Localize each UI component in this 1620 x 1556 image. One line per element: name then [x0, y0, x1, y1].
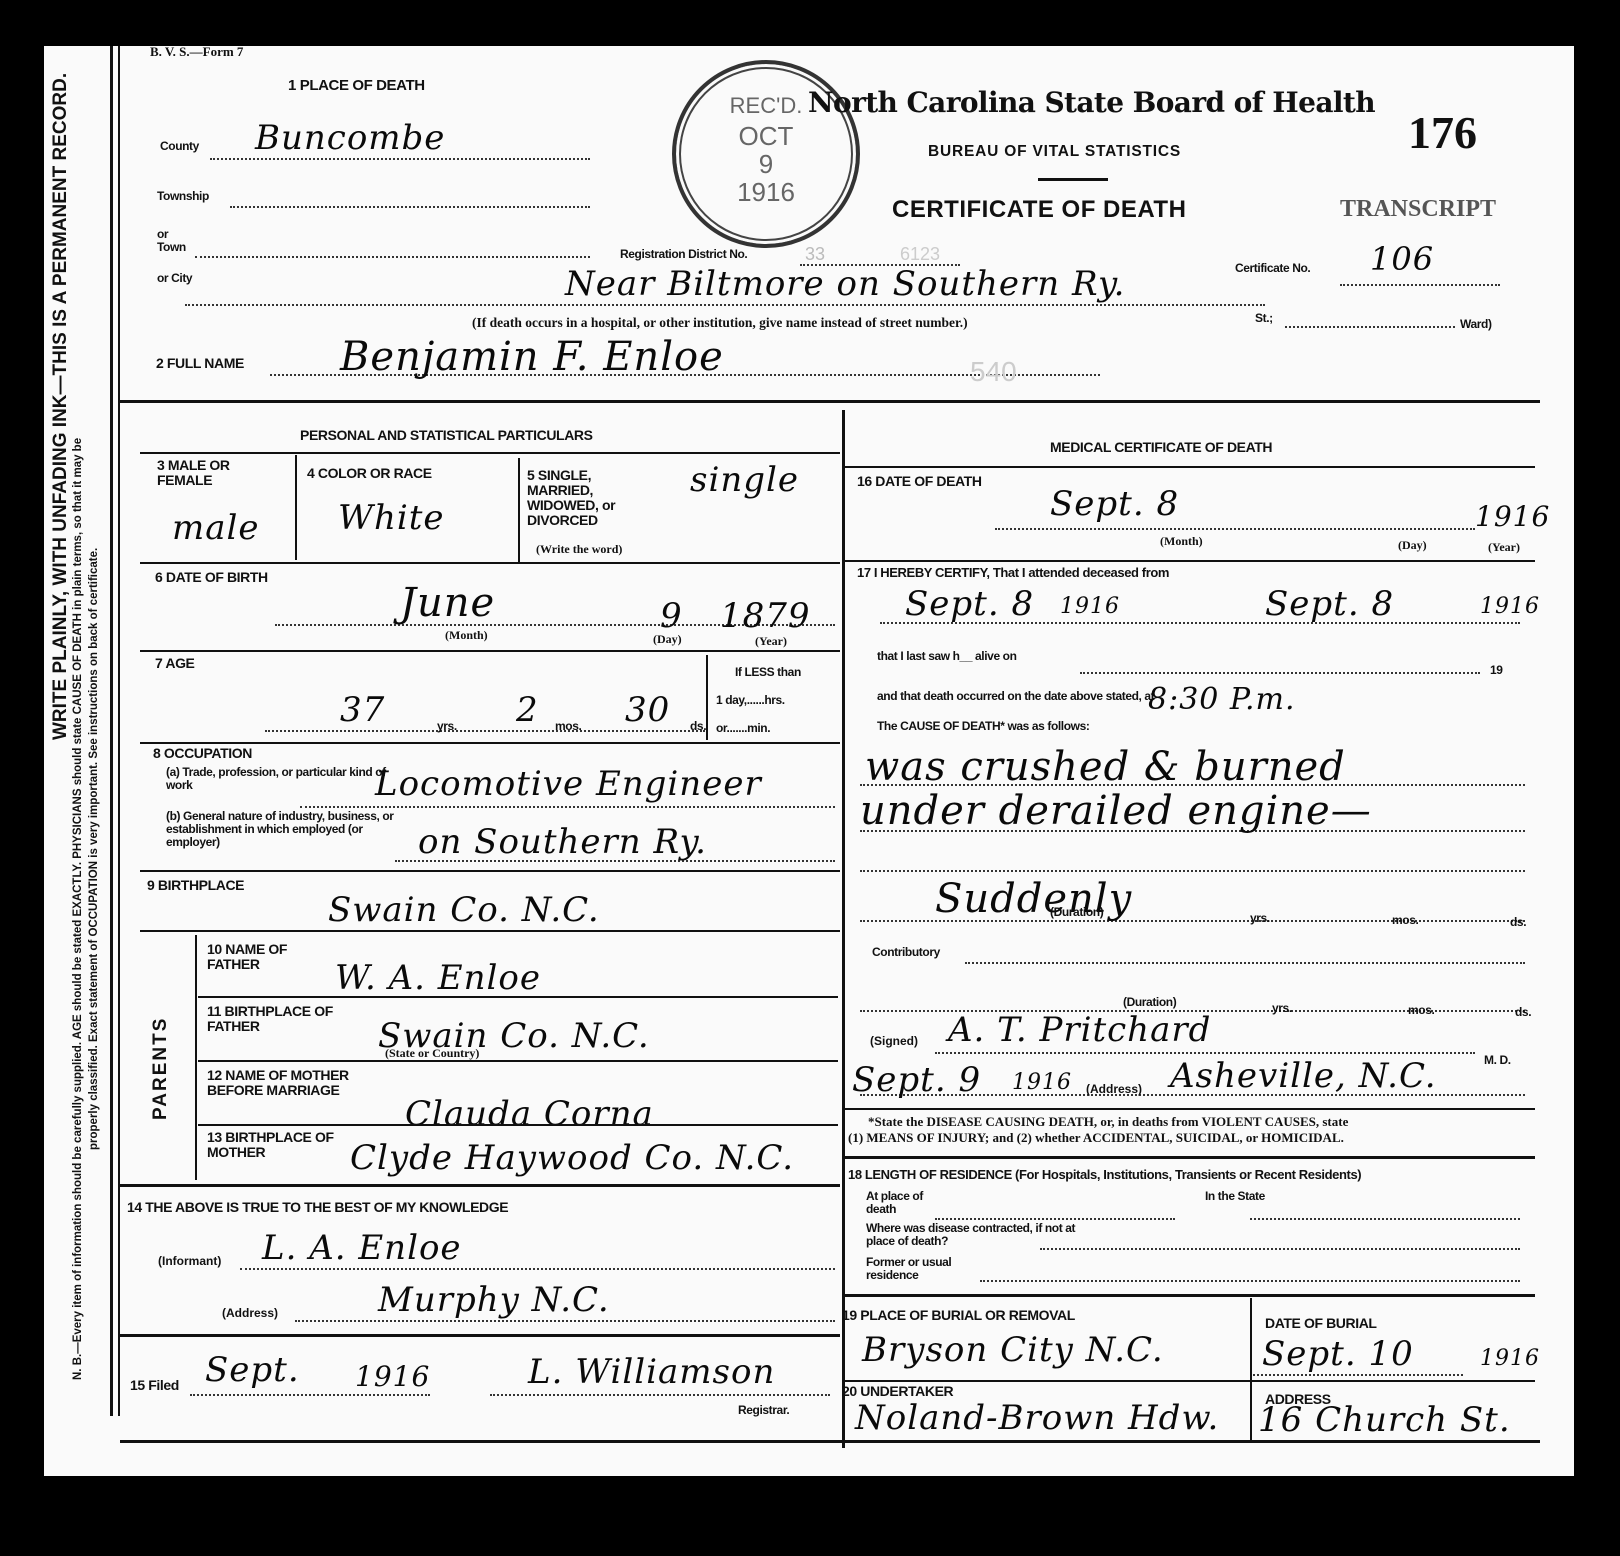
contributory-ds: ds. — [1515, 1006, 1531, 1019]
in-state-label: In the State — [1205, 1190, 1265, 1203]
dod-month-caption: (Month) — [1160, 534, 1203, 549]
attended-to: Sept. 8 — [1265, 584, 1394, 624]
city-value: Near Biltmore on Southern Ry. — [565, 264, 1125, 304]
md-label: M. D. — [1484, 1054, 1511, 1067]
burial-date-label: DATE OF BURIAL — [1265, 1316, 1377, 1331]
contributory-duration-label: (Duration) — [1123, 996, 1176, 1009]
mother-birthplace-value: Clyde Haywood Co. N.C. — [350, 1138, 794, 1178]
attended-to-year: 1916 — [1480, 594, 1540, 619]
duration-mos: mos. — [1392, 914, 1418, 927]
full-name-label: 2 FULL NAME — [156, 356, 244, 371]
ward-label: Ward) — [1460, 318, 1492, 331]
contributory-label: Contributory — [872, 946, 940, 959]
informant-heading: 14 THE ABOVE IS TRUE TO THE BEST OF MY K… — [127, 1200, 508, 1215]
age-label: 7 AGE — [155, 656, 195, 671]
occupation-a-label: (a) Trade, profession, or particular kin… — [166, 766, 396, 792]
full-name-annotation: 540 — [970, 356, 1017, 388]
duration-label: (Duration) — [1050, 906, 1103, 919]
race-value: White — [338, 498, 445, 538]
former-residence-label: Former or usual residence — [866, 1256, 976, 1282]
personal-heading: PERSONAL AND STATISTICAL PARTICULARS — [300, 428, 593, 443]
registration-label: Registration District No. — [620, 248, 747, 261]
state-country-caption: (State or Country) — [385, 1046, 479, 1061]
age-years: 37 — [340, 690, 385, 730]
age-days: 30 — [625, 690, 670, 730]
violent-causes-note-1: *State the DISEASE CAUSING DEATH, or, in… — [868, 1114, 1348, 1130]
birthplace-label: 9 BIRTHPLACE — [147, 878, 244, 893]
last-saw-label: that I last saw h__ alive on — [877, 650, 1017, 663]
signed-label: (Signed) — [870, 1034, 918, 1048]
burial-place-label: 19 PLACE OF BURIAL OR REMOVAL — [842, 1308, 1075, 1323]
filed-year: 1916 — [355, 1360, 430, 1393]
st-label: St.; — [1255, 312, 1273, 325]
registration-faint: 6123 — [900, 244, 940, 265]
signed-year: 1916 — [1012, 1070, 1072, 1095]
parents-label: PARENTS — [150, 1017, 172, 1120]
hospital-note: (If death occurs in a hospital, or other… — [472, 315, 968, 331]
occupation-a-value: Locomotive Engineer — [375, 764, 762, 804]
divider — [120, 400, 1540, 403]
permanent-record-note: WRITE PLAINLY, WITH UNFADING INK—THIS IS… — [50, 73, 72, 740]
cause-line-2: under derailed engine— — [860, 788, 1372, 834]
one-day-label: 1 day,......hrs. — [716, 694, 785, 707]
certificate-title: CERTIFICATE OF DEATH — [892, 196, 1186, 224]
full-name-value: Benjamin F. Enloe — [340, 334, 724, 380]
transcript-stamp: TRANSCRIPT — [1340, 196, 1496, 223]
race-label: 4 COLOR OR RACE — [307, 466, 432, 481]
registrar-label: Registrar. — [738, 1404, 789, 1417]
title-rule — [1038, 178, 1108, 181]
father-label: 10 NAME OF FATHER — [207, 942, 317, 972]
dob-month: June — [400, 580, 495, 626]
date-of-death-label: 16 DATE OF DEATH — [857, 474, 982, 489]
side-note-line1: N. B.—Every item of information should b… — [72, 438, 84, 1380]
time-of-death-value: 8:30 P.m. — [1148, 682, 1296, 717]
certificate-number: 106 — [1370, 240, 1434, 278]
town-label: or Town — [157, 228, 197, 254]
township-label: Township — [157, 190, 209, 203]
stamp-month: OCT — [676, 122, 856, 150]
last-saw-year: 19 — [1490, 664, 1503, 677]
month-caption: (Month) — [445, 628, 488, 643]
contributory-yrs: yrs. — [1272, 1002, 1292, 1015]
physician-signature: A. T. Pritchard — [948, 1010, 1211, 1050]
year-caption: (Year) — [755, 634, 787, 649]
father-birthplace-label: 11 BIRTHPLACE OF FATHER — [207, 1004, 342, 1034]
occupation-label: 8 OCCUPATION — [153, 746, 252, 761]
dob-year: 1879 — [720, 596, 811, 636]
form-id: B. V. S.—Form 7 — [150, 44, 243, 60]
burial-place-value: Bryson City N.C. — [862, 1330, 1164, 1370]
undertaker-address-value: 16 Church St. — [1258, 1400, 1511, 1440]
place-of-death-heading: 1 PLACE OF DEATH — [288, 78, 425, 93]
sex-value: male — [172, 508, 260, 548]
registrar-signature: L. Williamson — [528, 1352, 775, 1392]
scan-border — [1574, 46, 1620, 1556]
side-note-line2: properly classified. Exact statement of … — [88, 548, 100, 1150]
day-caption: (Day) — [653, 632, 682, 647]
where-contracted-label: Where was disease contracted, if not at … — [866, 1222, 1106, 1248]
duration-yrs: yrs. — [1250, 912, 1270, 925]
or-min-label: or.......min. — [716, 722, 770, 735]
city-label: or City — [157, 272, 197, 285]
mother-label: 12 NAME OF MOTHER BEFORE MARRIAGE — [207, 1068, 407, 1098]
cause-line-1: was crushed & burned — [865, 744, 1346, 790]
undertaker-label: 20 UNDERTAKER — [842, 1384, 953, 1399]
bottom-rule — [120, 1440, 1540, 1443]
mother-birthplace-label: 13 BIRTHPLACE OF MOTHER — [207, 1130, 342, 1160]
burial-year: 1916 — [1480, 1346, 1540, 1371]
left-border-inner — [118, 46, 120, 1416]
mos-label: mos. — [555, 720, 581, 733]
yrs-label: yrs. — [437, 720, 457, 733]
board-title: North Carolina State Board of Health — [808, 86, 1375, 119]
physician-address-label: (Address) — [1086, 1082, 1142, 1096]
date-of-death-value: Sept. 8 — [1050, 484, 1179, 524]
residence-heading: 18 LENGTH OF RESIDENCE (For Hospitals, I… — [848, 1168, 1361, 1181]
bureau-title: BUREAU OF VITAL STATISTICS — [928, 144, 1181, 159]
time-of-death-label: and that death occurred on the date abov… — [877, 690, 1154, 703]
ds-label: ds. — [690, 720, 706, 733]
undertaker-value: Noland-Brown Hdw. — [855, 1398, 1219, 1438]
marital-value: single — [690, 460, 799, 500]
left-border — [110, 46, 113, 1416]
age-months: 2 — [516, 690, 539, 730]
marital-label: 5 SINGLE, MARRIED, WIDOWED, or DIVORCED — [527, 468, 652, 528]
occupation-b-value: on Southern Ry. — [418, 822, 707, 862]
informant-value: L. A. Enloe — [262, 1228, 462, 1268]
stamp-day: 9 — [676, 150, 856, 178]
sex-label: 3 MALE OR FEMALE — [157, 458, 277, 488]
certificate-label: Certificate No. — [1235, 262, 1310, 275]
registration-number: 33 — [805, 244, 825, 265]
informant-label: (Informant) — [158, 1254, 221, 1268]
burial-date-value: Sept. 10 — [1262, 1334, 1414, 1374]
dob-label: 6 DATE OF BIRTH — [155, 570, 268, 585]
stamp-year: 1916 — [676, 178, 856, 206]
informant-address-value: Murphy N.C. — [378, 1280, 610, 1320]
father-value: W. A. Enloe — [335, 958, 541, 998]
duration-ds: ds. — [1510, 916, 1526, 929]
informant-address-label: (Address) — [222, 1306, 278, 1320]
filed-label: 15 Filed — [130, 1378, 179, 1393]
marital-hint: (Write the word) — [536, 542, 622, 557]
date-of-death-year: 1916 — [1475, 500, 1550, 533]
cause-label: The CAUSE OF DEATH* was as follows: — [877, 720, 1089, 733]
county-label: County — [160, 140, 199, 153]
center-divider — [842, 410, 845, 1448]
page-number: 176 — [1408, 106, 1477, 159]
attended-from: Sept. 8 — [905, 584, 1034, 624]
contributory-mos: mos. — [1408, 1004, 1434, 1017]
if-less-label: If LESS than — [735, 666, 801, 679]
dod-day-caption: (Day) — [1398, 538, 1427, 553]
county-value: Buncombe — [255, 118, 445, 158]
birthplace-value: Swain Co. N.C. — [328, 890, 600, 930]
attended-from-year: 1916 — [1060, 594, 1120, 619]
dod-year-caption: (Year) — [1488, 540, 1520, 555]
medical-heading: MEDICAL CERTIFICATE OF DEATH — [1050, 440, 1272, 455]
filed-month: Sept. — [205, 1350, 300, 1390]
signed-date: Sept. 9 — [852, 1060, 981, 1100]
mother-value: Clauda Corna — [405, 1094, 654, 1134]
physician-address-value: Asheville, N.C. — [1170, 1056, 1437, 1096]
dob-day: 9 — [660, 596, 683, 636]
occupation-b-label: (b) General nature of industry, business… — [166, 810, 396, 849]
at-place-label: At place of death — [866, 1190, 946, 1216]
violent-causes-note-2: (1) MEANS OF INJURY; and (2) whether ACC… — [848, 1130, 1344, 1146]
certify-label: 17 I HEREBY CERTIFY, That I attended dec… — [857, 566, 1169, 579]
